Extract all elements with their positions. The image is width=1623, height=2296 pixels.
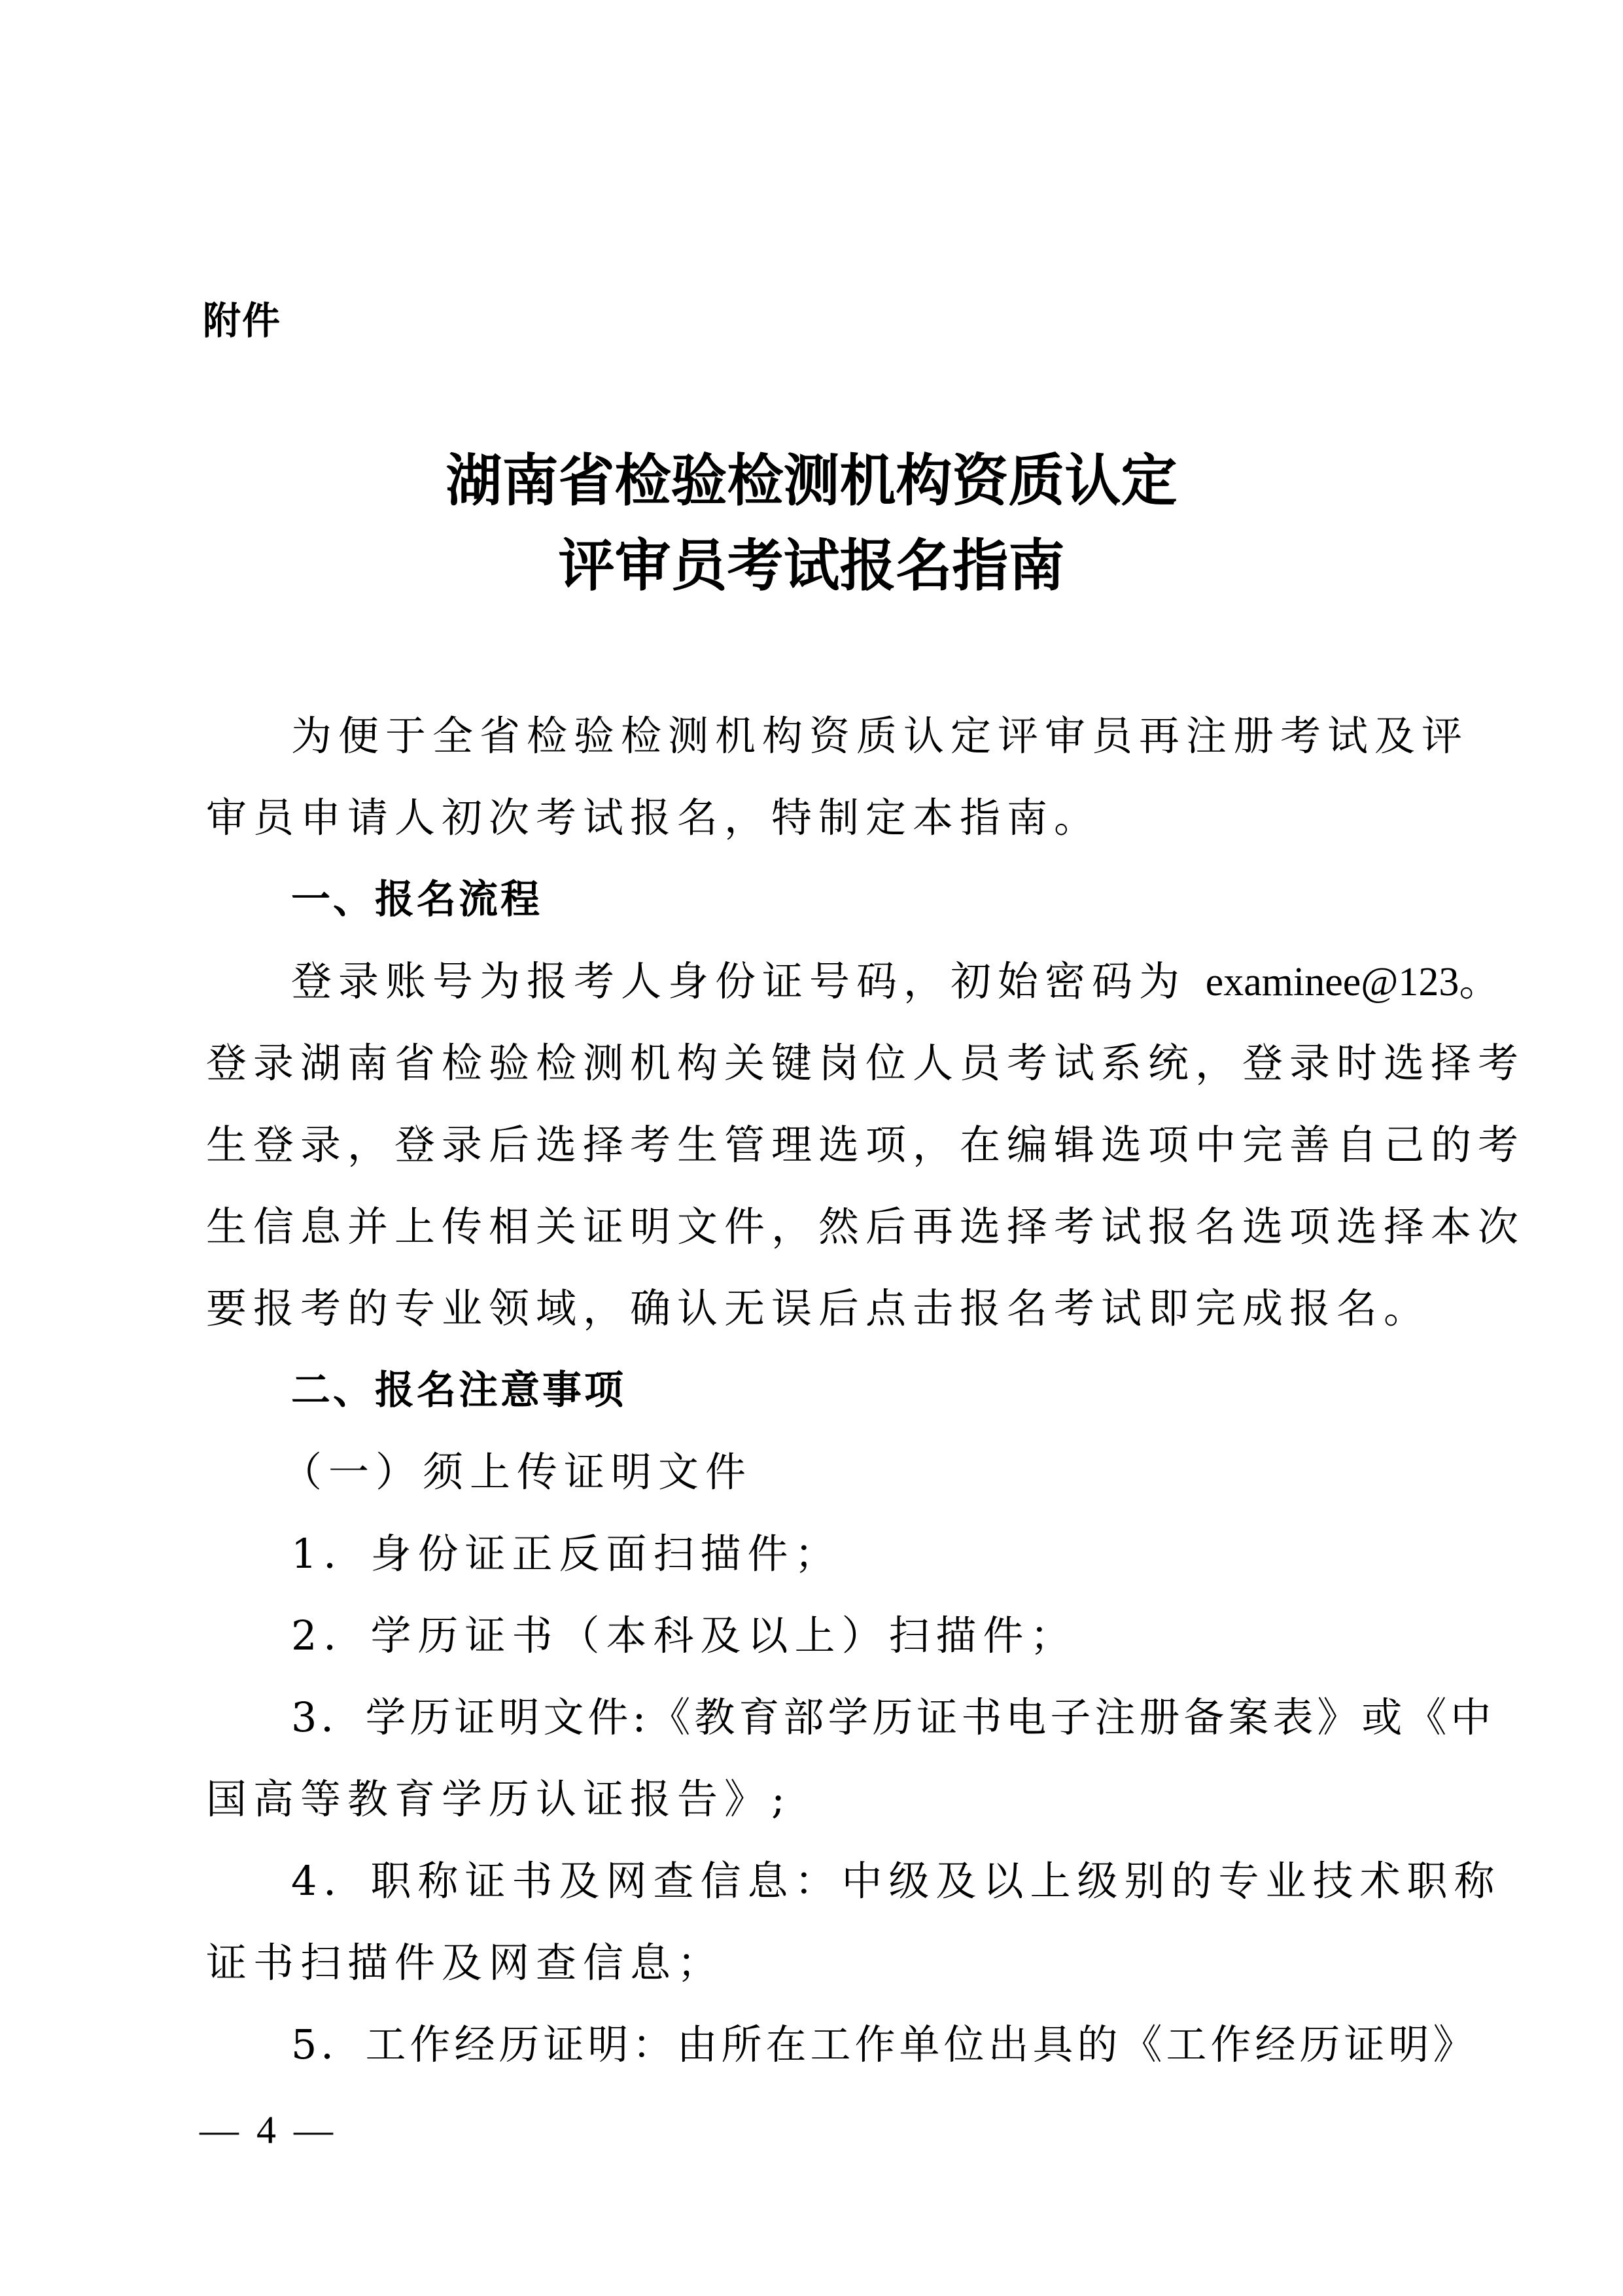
list-item-4-line-2: 证书扫描件及网查信息； — [206, 1937, 1436, 1989]
process-line-2: 登录湖南省检验检测机构关键岗位人员考试系统，登录时选择考 — [206, 1037, 1436, 1089]
section-heading-notes: 二、报名注意事项 — [291, 1364, 626, 1417]
process-line-1-suffix: 。 — [1459, 957, 1506, 1005]
process-line-1: 登录账号为报考人身份证号码，初始密码为 examinee@123。 — [291, 955, 1521, 1008]
list-item-3-line-2: 国高等教育学历认证报告》; — [206, 1773, 1436, 1826]
document-title-line-2: 评审员考试报名指南 — [0, 533, 1623, 599]
document-title-line-1: 湖南省检验检测机构资质认定 — [0, 448, 1623, 514]
intro-line-2: 审员申请人初次考试报名，特制定本指南。 — [206, 792, 1436, 844]
section-heading-process: 一、报名流程 — [291, 874, 542, 926]
process-line-3: 生登录，登录后选择考生管理选项，在编辑选项中完善自己的考 — [206, 1119, 1436, 1171]
page-number: — 4 — — [200, 2107, 337, 2153]
list-item-5-line-1: 5．工作经历证明：由所在工作单位出具的《工作经历证明》 — [291, 2019, 1521, 2071]
list-item-3-line-1: 3．学历证明文件:《教育部学历证书电子注册备案表》或《中 — [291, 1691, 1521, 1744]
process-line-5: 要报考的专业领域，确认无误后点击报名考试即完成报名。 — [206, 1282, 1436, 1335]
subheading-required-documents: （一）须上传证明文件 — [281, 1446, 1511, 1498]
intro-line-1: 为便于全省检验检测机构资质认定评审员再注册考试及评 — [291, 710, 1521, 762]
process-line-4: 生信息并上传相关证明文件，然后再选择考试报名选项选择本次 — [206, 1201, 1436, 1253]
list-item-1: 1．身份证正反面扫描件； — [291, 1528, 1521, 1580]
process-line-1-prefix: 登录账号为报考人身份证号码，初始密码为 — [291, 957, 1206, 1005]
document-page: 附件 湖南省检验检测机构资质认定 评审员考试报名指南 为便于全省检验检测机构资质… — [0, 0, 1623, 2296]
initial-password: examinee@123 — [1206, 960, 1459, 1004]
list-item-2: 2．学历证书（本科及以上）扫描件； — [291, 1610, 1521, 1662]
list-item-4-line-1: 4．职称证书及网查信息：中级及以上级别的专业技术职称 — [291, 1855, 1521, 1907]
attachment-label: 附件 — [203, 298, 281, 344]
